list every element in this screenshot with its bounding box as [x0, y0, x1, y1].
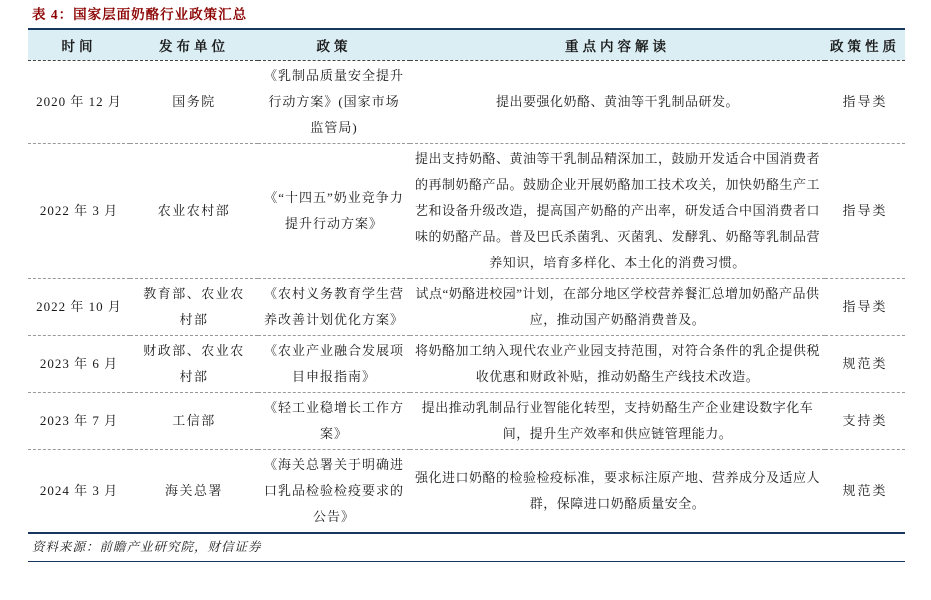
- table-row: 2022 年 3 月农业农村部《“十四五”奶业竞争力提升行动方案》提出支持奶酪、…: [28, 143, 905, 278]
- table-row: 2024 年 3 月海关总署《海关总署关于明确进口乳品检验检疫要求的公告》强化进…: [28, 449, 905, 533]
- time-cell: 2020 年 12 月: [28, 60, 130, 143]
- unit-cell: 教育部、农业农村部: [130, 278, 258, 335]
- unit-cell: 海关总署: [130, 449, 258, 533]
- unit-cell: 国务院: [130, 60, 258, 143]
- time-cell: 2023 年 7 月: [28, 392, 130, 449]
- nature-cell: 规范类: [825, 449, 905, 533]
- report-page: 表 4：国家层面奶酪行业政策汇总 时间 发布单位 政策 重点内容解读 政策性质 …: [0, 0, 931, 562]
- table-title: 表 4：国家层面奶酪行业政策汇总: [28, 6, 905, 24]
- nature-cell: 指导类: [825, 278, 905, 335]
- table-body: 2020 年 12 月国务院《乳制品质量安全提升行动方案》(国家市场监管局)提出…: [28, 60, 905, 533]
- nature-cell: 指导类: [825, 60, 905, 143]
- time-cell: 2024 年 3 月: [28, 449, 130, 533]
- policy-table: 时间 发布单位 政策 重点内容解读 政策性质 2020 年 12 月国务院《乳制…: [28, 28, 905, 534]
- content-cell: 试点“奶酪进校园”计划，在部分地区学校营养餐汇总增加奶酪产品供应，推动国产奶酪消…: [410, 278, 825, 335]
- content-cell: 提出推动乳制品行业智能化转型，支持奶酪生产企业建设数字化车间，提升生产效率和供应…: [410, 392, 825, 449]
- policy-cell: 《轻工业稳增长工作方案》: [258, 392, 410, 449]
- source-note: 资料来源：前瞻产业研究院，财信证券: [28, 534, 905, 562]
- unit-cell: 财政部、农业农村部: [130, 335, 258, 392]
- header-policy: 政策: [258, 29, 410, 60]
- policy-cell: 《农业产业融合发展项目申报指南》: [258, 335, 410, 392]
- header-nature: 政策性质: [825, 29, 905, 60]
- header-row: 时间 发布单位 政策 重点内容解读 政策性质: [28, 29, 905, 60]
- header-time: 时间: [28, 29, 130, 60]
- content-cell: 强化进口奶酪的检验检疫标准，要求标注原产地、营养成分及适应人群，保障进口奶酪质量…: [410, 449, 825, 533]
- time-cell: 2023 年 6 月: [28, 335, 130, 392]
- table-row: 2020 年 12 月国务院《乳制品质量安全提升行动方案》(国家市场监管局)提出…: [28, 60, 905, 143]
- table-row: 2022 年 10 月教育部、农业农村部《农村义务教育学生营养改善计划优化方案》…: [28, 278, 905, 335]
- time-cell: 2022 年 10 月: [28, 278, 130, 335]
- unit-cell: 农业农村部: [130, 143, 258, 278]
- policy-cell: 《“十四五”奶业竞争力提升行动方案》: [258, 143, 410, 278]
- content-cell: 提出要强化奶酪、黄油等干乳制品研发。: [410, 60, 825, 143]
- header-unit: 发布单位: [130, 29, 258, 60]
- nature-cell: 规范类: [825, 335, 905, 392]
- table-row: 2023 年 7 月工信部《轻工业稳增长工作方案》提出推动乳制品行业智能化转型，…: [28, 392, 905, 449]
- policy-cell: 《乳制品质量安全提升行动方案》(国家市场监管局): [258, 60, 410, 143]
- nature-cell: 支持类: [825, 392, 905, 449]
- content-cell: 提出支持奶酪、黄油等干乳制品精深加工，鼓励开发适合中国消费者的再制奶酪产品。鼓励…: [410, 143, 825, 278]
- policy-cell: 《农村义务教育学生营养改善计划优化方案》: [258, 278, 410, 335]
- unit-cell: 工信部: [130, 392, 258, 449]
- table-header: 时间 发布单位 政策 重点内容解读 政策性质: [28, 29, 905, 60]
- policy-cell: 《海关总署关于明确进口乳品检验检疫要求的公告》: [258, 449, 410, 533]
- table-row: 2023 年 6 月财政部、农业农村部《农业产业融合发展项目申报指南》将奶酪加工…: [28, 335, 905, 392]
- header-content: 重点内容解读: [410, 29, 825, 60]
- content-cell: 将奶酪加工纳入现代农业产业园支持范围，对符合条件的乳企提供税收优惠和财政补贴，推…: [410, 335, 825, 392]
- time-cell: 2022 年 3 月: [28, 143, 130, 278]
- nature-cell: 指导类: [825, 143, 905, 278]
